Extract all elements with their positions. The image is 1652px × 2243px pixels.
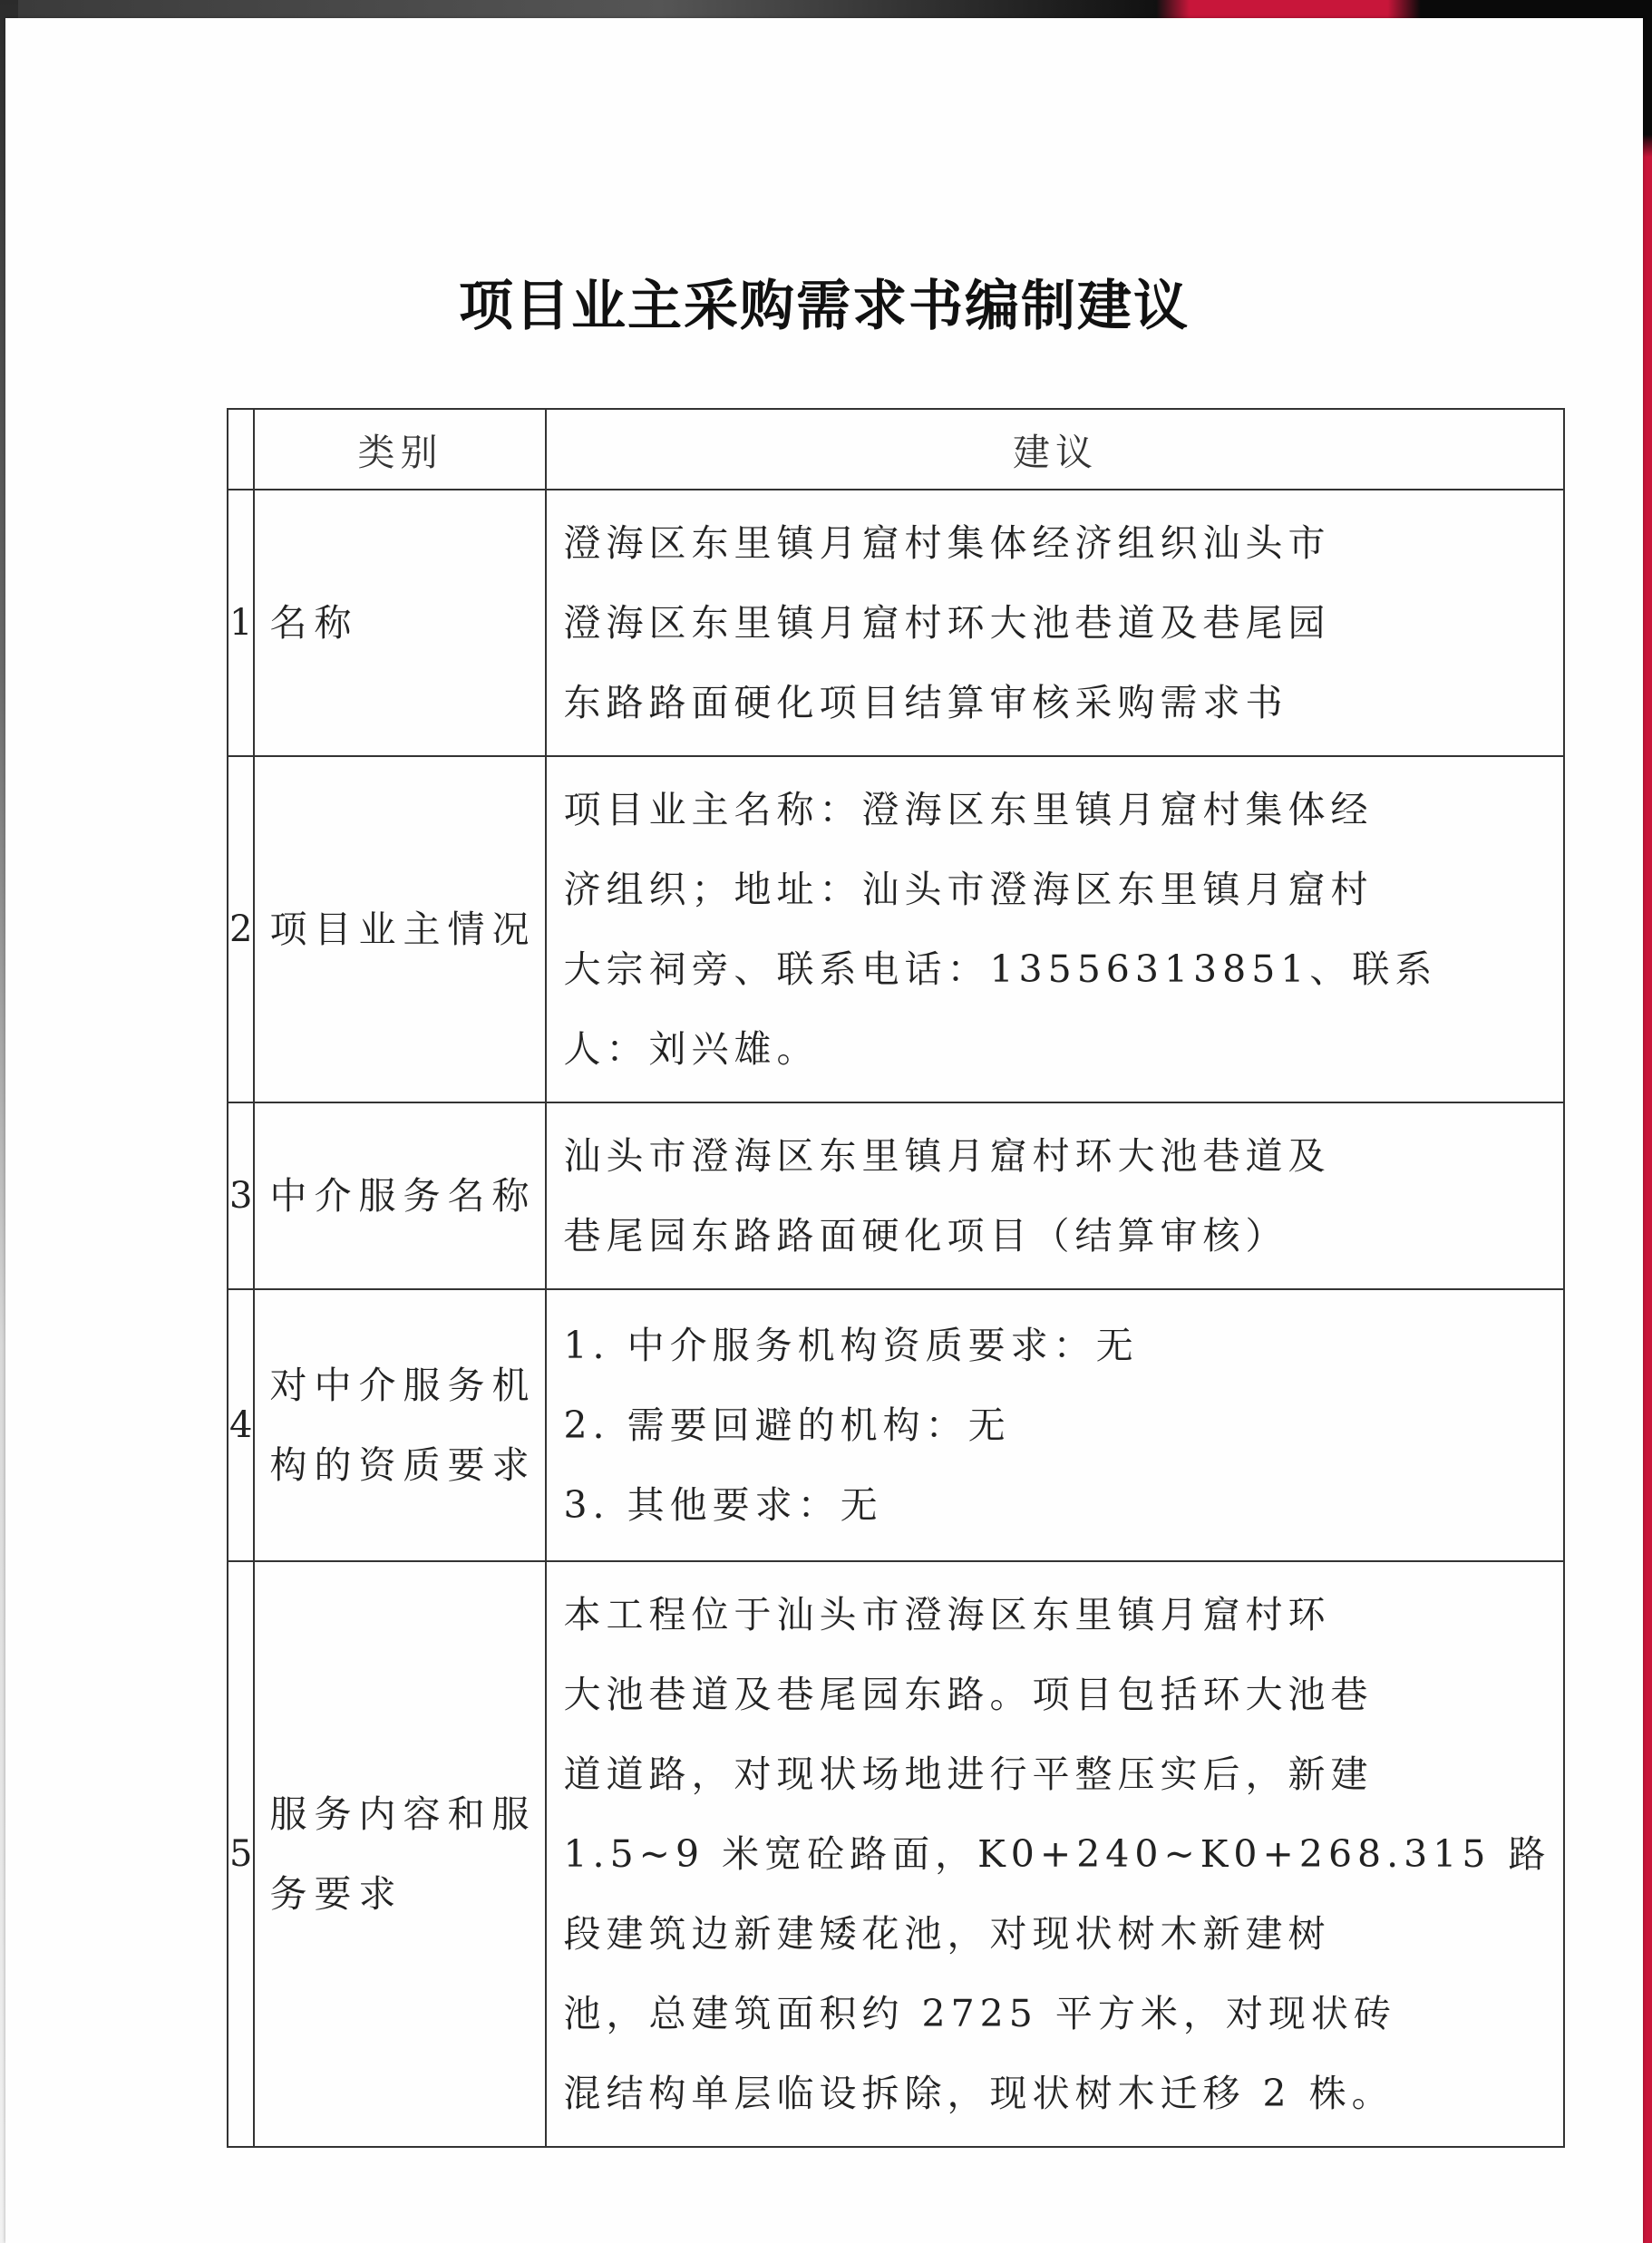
row-number: 5 <box>228 1561 254 2147</box>
advice-line: 大宗祠旁、联系电话：13556313851、联系 <box>563 929 1550 1009</box>
row-number: 1 <box>228 490 254 756</box>
category-line: 对中介服务机 <box>269 1345 536 1425</box>
category-line: 构的资质要求 <box>269 1425 536 1505</box>
row-advice: 1. 中介服务机构资质要求：无 2. 需要回避的机构：无 3. 其他要求：无 <box>546 1289 1564 1561</box>
row-category: 项目业主情况 <box>254 756 546 1102</box>
table-header-row: 类别 建议 <box>228 409 1564 490</box>
advice-line: 澄海区东里镇月窟村集体经济组织汕头市 <box>563 503 1550 583</box>
document-page: 项目业主采购需求书编制建议 类别 建议 1 名称 澄海区东里镇月窟村集体经济组织… <box>5 18 1643 2243</box>
advice-line: 济组织；地址：汕头市澄海区东里镇月窟村 <box>563 850 1550 929</box>
advice-line: 1.5~9 米宽砼路面，K0+240~K0+268.315 路 <box>563 1814 1550 1894</box>
advice-line: 池，总建筑面积约 2725 平方米，对现状砖 <box>563 1974 1550 2054</box>
row-category: 中介服务名称 <box>254 1102 546 1289</box>
advice-line: 3. 其他要求：无 <box>563 1465 1550 1545</box>
table-row: 3 中介服务名称 汕头市澄海区东里镇月窟村环大池巷道及 巷尾园东路路面硬化项目（… <box>228 1102 1564 1289</box>
advice-line: 巷尾园东路路面硬化项目（结算审核） <box>563 1196 1550 1276</box>
advice-line: 道道路，对现状场地进行平整压实后，新建 <box>563 1734 1550 1814</box>
category-line: 务要求 <box>269 1854 536 1934</box>
row-category: 名称 <box>254 490 546 756</box>
table-row: 2 项目业主情况 项目业主名称：澄海区东里镇月窟村集体经 济组织；地址：汕头市澄… <box>228 756 1564 1102</box>
document-title: 项目业主采购需求书编制建议 <box>5 263 1643 341</box>
row-number: 4 <box>228 1289 254 1561</box>
row-advice: 项目业主名称：澄海区东里镇月窟村集体经 济组织；地址：汕头市澄海区东里镇月窟村 … <box>546 756 1564 1102</box>
advice-line: 人：刘兴雄。 <box>563 1009 1550 1089</box>
advice-line: 段建筑边新建矮花池，对现状树木新建树 <box>563 1894 1550 1974</box>
advice-line: 大池巷道及巷尾园东路。项目包括环大池巷 <box>563 1655 1550 1734</box>
header-advice: 建议 <box>546 409 1564 490</box>
header-category: 类别 <box>254 409 546 490</box>
table-row: 4 对中介服务机 构的资质要求 1. 中介服务机构资质要求：无 2. 需要回避的… <box>228 1289 1564 1561</box>
table-row: 1 名称 澄海区东里镇月窟村集体经济组织汕头市 澄海区东里镇月窟村环大池巷道及巷… <box>228 490 1564 756</box>
table-row: 5 服务内容和服 务要求 本工程位于汕头市澄海区东里镇月窟村环 大池巷道及巷尾园… <box>228 1561 1564 2147</box>
background-top <box>0 0 1652 20</box>
advice-line: 本工程位于汕头市澄海区东里镇月窟村环 <box>563 1575 1550 1655</box>
row-category: 服务内容和服 务要求 <box>254 1561 546 2147</box>
advice-line: 项目业主名称：澄海区东里镇月窟村集体经 <box>563 770 1550 850</box>
requirements-table: 类别 建议 1 名称 澄海区东里镇月窟村集体经济组织汕头市 澄海区东里镇月窟村环… <box>227 408 1565 2148</box>
row-category: 对中介服务机 构的资质要求 <box>254 1289 546 1561</box>
category-line: 服务内容和服 <box>269 1774 536 1854</box>
header-number <box>228 409 254 490</box>
advice-line: 混结构单层临设拆除，现状树木迁移 2 株。 <box>563 2054 1550 2133</box>
row-advice: 本工程位于汕头市澄海区东里镇月窟村环 大池巷道及巷尾园东路。项目包括环大池巷 道… <box>546 1561 1564 2147</box>
advice-line: 1. 中介服务机构资质要求：无 <box>563 1306 1550 1385</box>
row-number: 2 <box>228 756 254 1102</box>
row-advice: 澄海区东里镇月窟村集体经济组织汕头市 澄海区东里镇月窟村环大池巷道及巷尾园 东路… <box>546 490 1564 756</box>
advice-line: 澄海区东里镇月窟村环大池巷道及巷尾园 <box>563 583 1550 663</box>
advice-line: 汕头市澄海区东里镇月窟村环大池巷道及 <box>563 1116 1550 1196</box>
row-number: 3 <box>228 1102 254 1289</box>
advice-line: 东路路面硬化项目结算审核采购需求书 <box>563 663 1550 743</box>
advice-line: 2. 需要回避的机构：无 <box>563 1385 1550 1465</box>
row-advice: 汕头市澄海区东里镇月窟村环大池巷道及 巷尾园东路路面硬化项目（结算审核） <box>546 1102 1564 1289</box>
